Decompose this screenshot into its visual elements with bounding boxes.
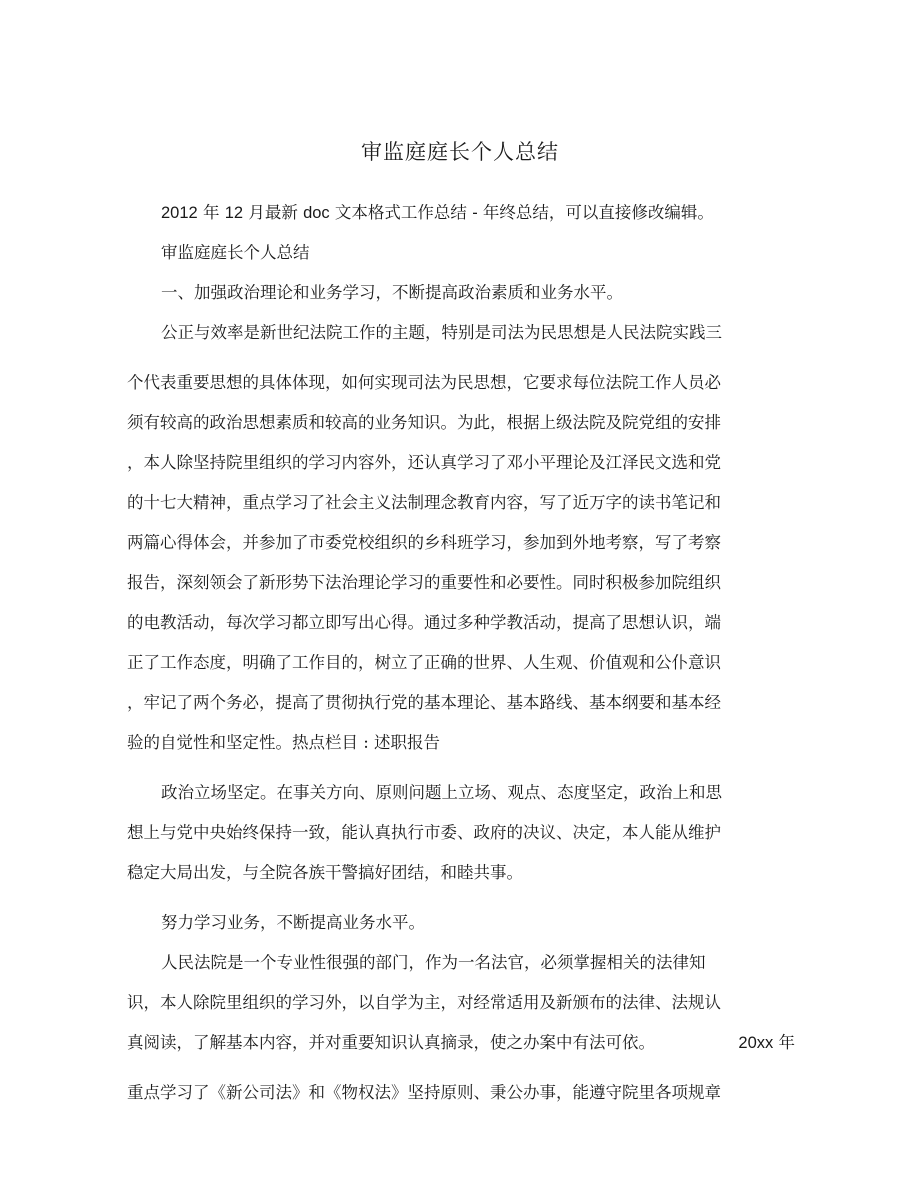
intro-text-1: 年 xyxy=(198,203,225,222)
para1-line: ，本人除坚持院里组织的学习内容外，还认真学习了邓小平理论及江泽民文选和党 xyxy=(127,452,795,474)
document-title: 审监庭庭长个人总结 xyxy=(0,138,920,166)
intro-text-2: 月最新 xyxy=(243,203,303,222)
para1-line: 公正与效率是新世纪法院工作的主题，特别是司法为民思想是人民法院实践三 xyxy=(161,322,795,344)
para2-line: 政治立场坚定。在事关方向、原则问题上立场、观点、态度坚定，政治上和思 xyxy=(161,782,795,804)
para1-line: ，牢记了两个务必，提高了贯彻执行党的基本理论、基本路线、基本纲要和基本经 xyxy=(127,692,795,714)
document-page: 审监庭庭长个人总结 2012 年 12 月最新 doc 文本格式工作总结 - 年… xyxy=(0,0,920,1192)
intro-text-3: 文本格式工作总结 xyxy=(330,203,473,222)
para1-line: 正了工作态度，明确了工作目的，树立了正确的世界、人生观、价值观和公仆意识 xyxy=(127,652,795,674)
para1-line: 个代表重要思想的具体体现，如何实现司法为民思想，它要求每位法院工作人员必 xyxy=(127,372,795,394)
para1-line: 验的自觉性和坚定性。热点栏目 : 述职报告 xyxy=(127,732,795,754)
para2-line: 稳定大局出发，与全院各族干警搞好团结，和睦共事。 xyxy=(127,862,795,884)
year-tag-suffix: 年 xyxy=(773,1033,795,1052)
para1-line: 报告，深刻领会了新形势下法治理论学习的重要性和必要性。同时积极参加院组织 xyxy=(127,572,795,594)
year-tag: 20xx 年 xyxy=(738,1032,795,1054)
para3-heading: 努力学习业务，不断提高业务水平。 xyxy=(161,912,795,934)
section-heading-1: 一、加强政治理论和业务学习，不断提高政治素质和业务水平。 xyxy=(161,282,795,304)
para2-line: 想上与党中央始终保持一致，能认真执行市委、政府的决议、决定，本人能从维护 xyxy=(127,822,795,844)
year-tag-value: 20xx xyxy=(738,1034,773,1052)
intro-doc: doc xyxy=(303,204,330,222)
intro-line: 2012 年 12 月最新 doc 文本格式工作总结 - 年终总结，可以直接修改… xyxy=(161,202,795,224)
para4-line: 人民法院是一个专业性很强的部门，作为一名法官，必须掌握相关的法律知 xyxy=(161,952,795,974)
para1-line: 的电教活动，每次学习都立即写出心得。通过多种学教活动，提高了思想认识，端 xyxy=(127,612,795,634)
para4-line: 真阅读，了解基本内容，并对重要知识认真摘录，使之办案中有法可依。 20xx 年 xyxy=(127,1032,795,1054)
intro-text-4: 年终总结，可以直接修改编辑。 xyxy=(478,203,714,222)
intro-month: 12 xyxy=(225,204,243,222)
para4-line: 识，本人除院里组织的学习外，以自学为主，对经常适用及新颁布的法律、法规认 xyxy=(127,992,795,1014)
para4-line-text: 真阅读，了解基本内容，并对重要知识认真摘录，使之办案中有法可依。 xyxy=(127,1033,655,1052)
para1-line: 须有较高的政治思想素质和较高的业务知识。为此，根据上级法院及院党组的安排 xyxy=(127,412,795,434)
para1-line: 的十七大精神，重点学习了社会主义法制理念教育内容，写了近万字的读书笔记和 xyxy=(127,492,795,514)
para4-line: 重点学习了《新公司法》和《物权法》坚持原则、秉公办事，能遵守院里各项规章 xyxy=(127,1082,795,1104)
para1-line: 两篇心得体会，并参加了市委党校组织的乡科班学习，参加到外地考察，写了考察 xyxy=(127,532,795,554)
intro-year: 2012 xyxy=(161,204,198,222)
subtitle: 审监庭庭长个人总结 xyxy=(161,242,795,264)
